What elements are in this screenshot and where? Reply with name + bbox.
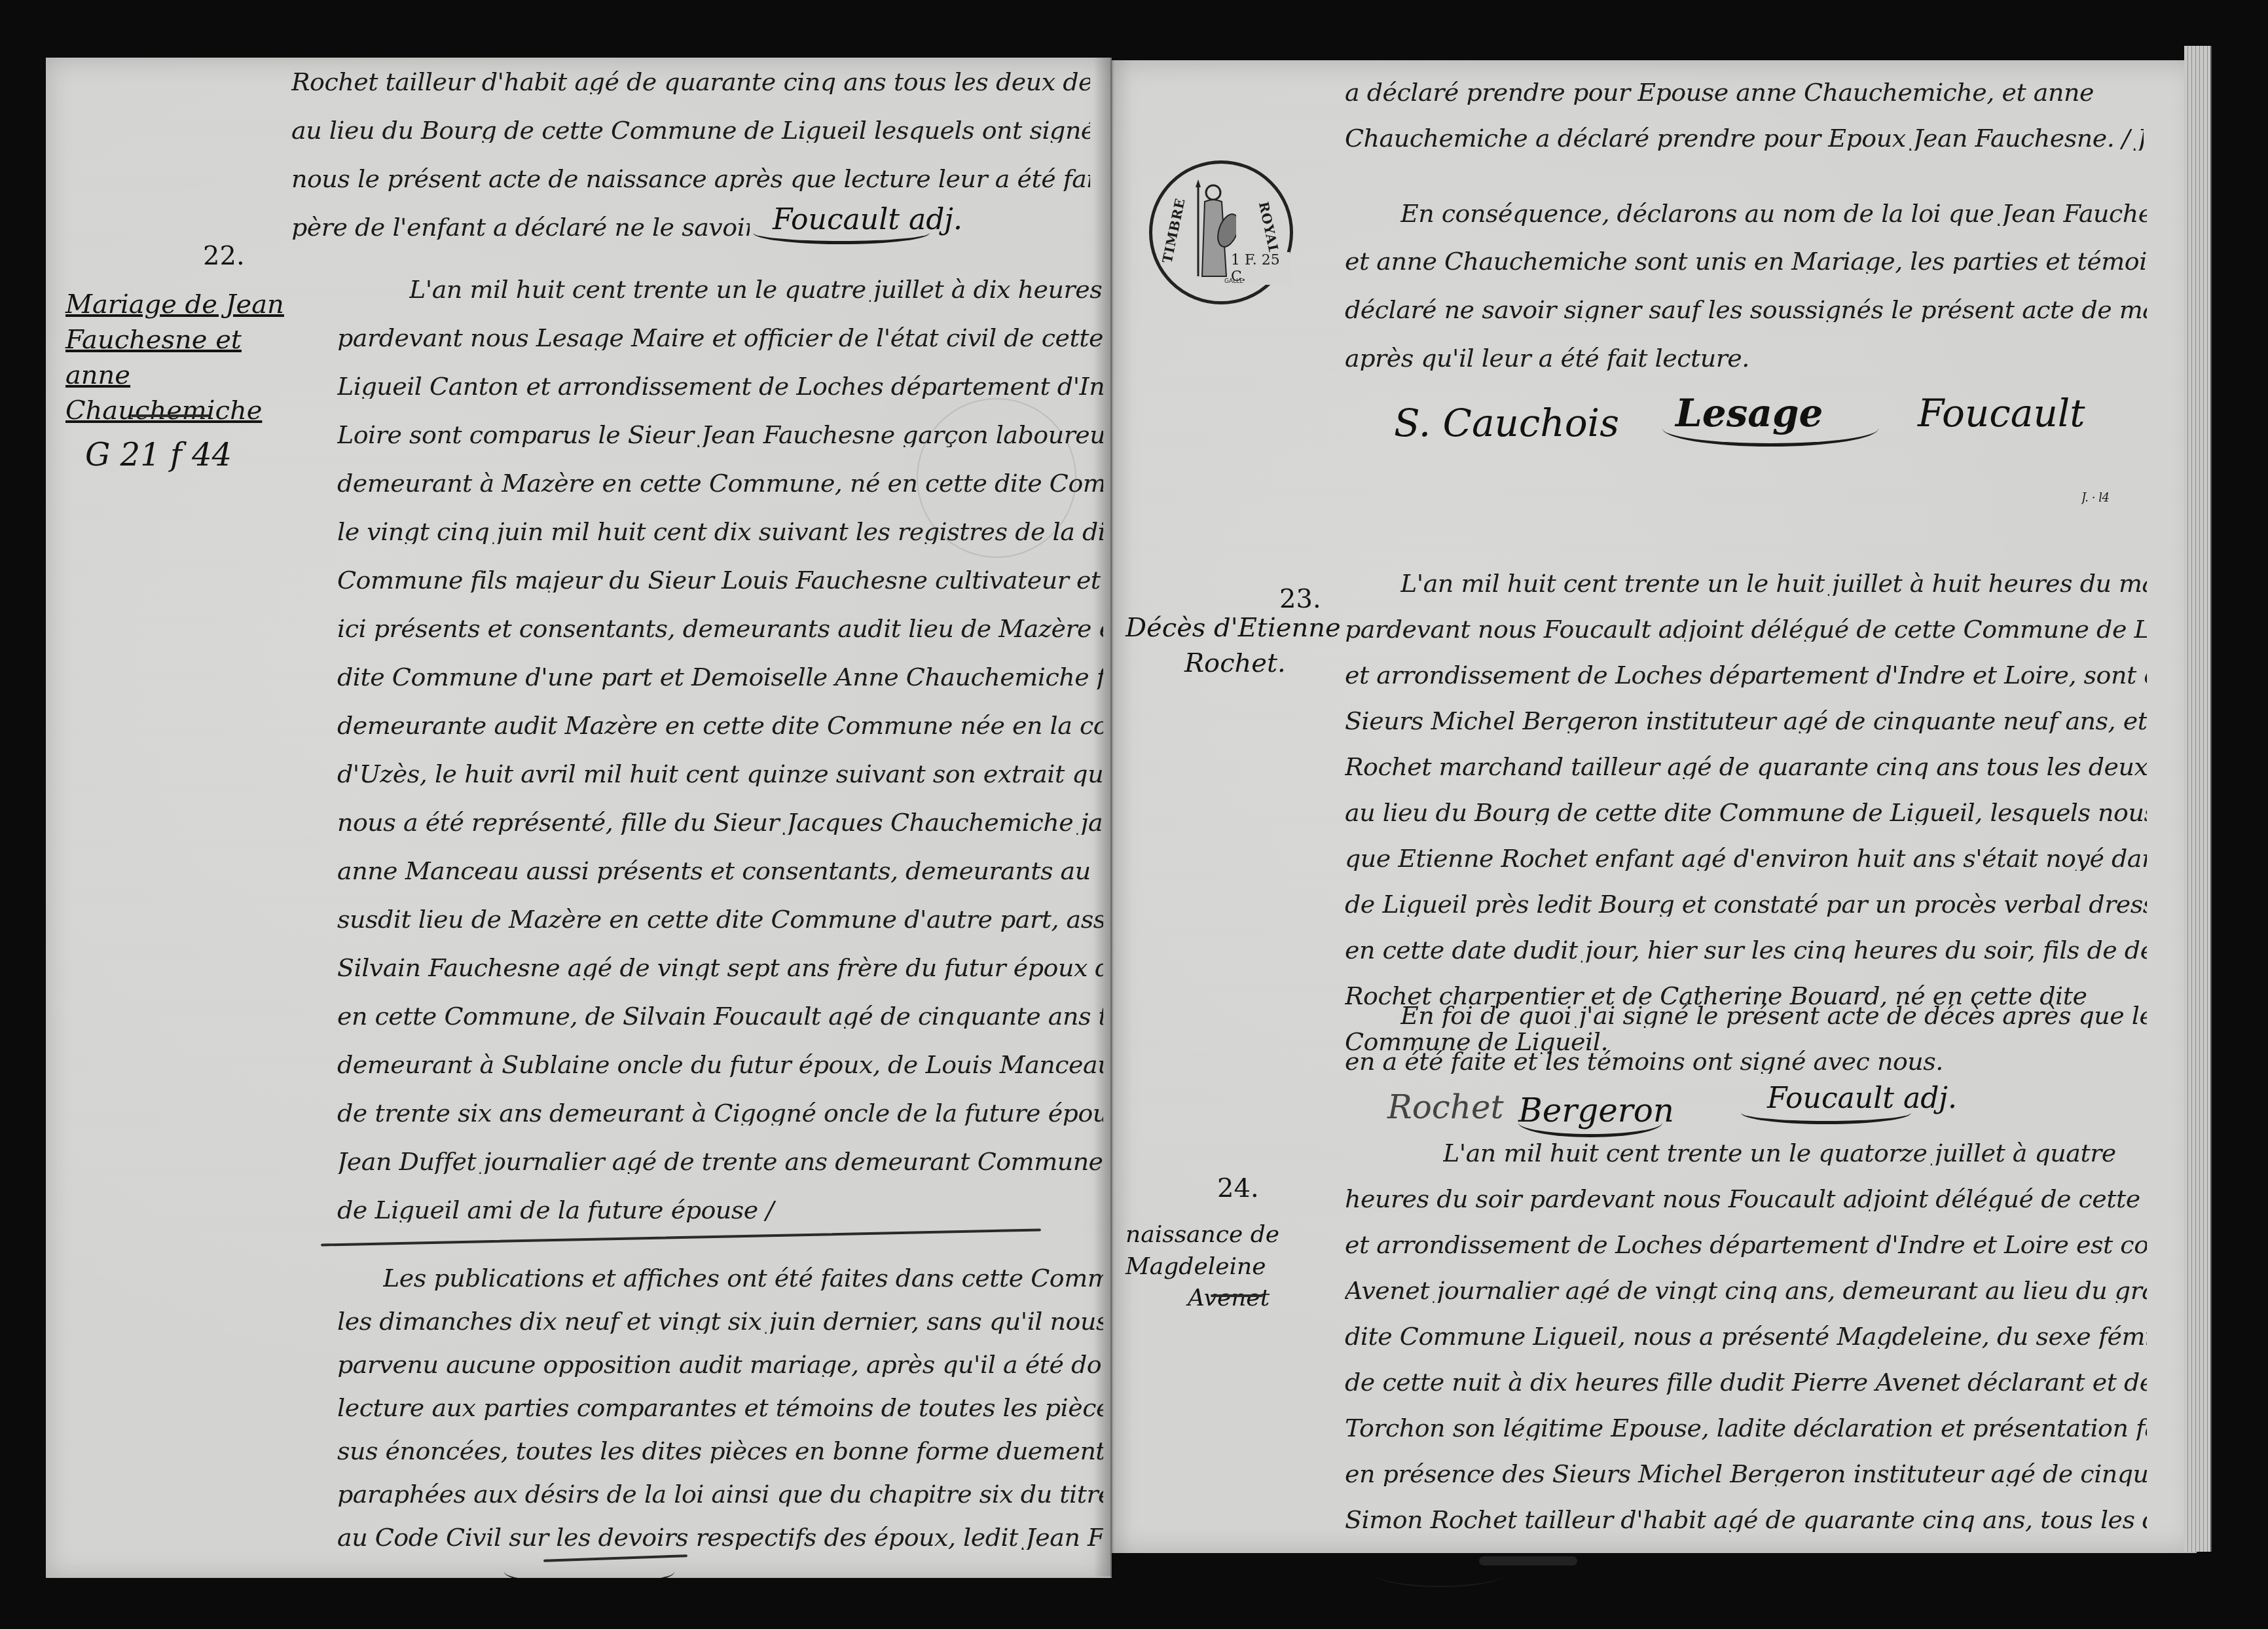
text-line: L'an mil huit cent trente un le quatorze… [1443, 1141, 2147, 1165]
closing-flourish [504, 1557, 674, 1586]
text-line: Rochet tailleur d'habit agé de quarante … [291, 69, 1090, 94]
text-line: ici présents et consentants, demeurants … [337, 616, 1103, 641]
text-line: demeurante audit Mazère en cette dite Co… [337, 713, 1103, 738]
text-line: Jean Duffet journalier agé de trente ans… [337, 1149, 1103, 1174]
margin-title-22: Mariage de Jean Fauchesne et anne Chauch… [65, 287, 314, 428]
text-line: de cette nuit à dix heures fille dudit P… [1345, 1370, 2147, 1395]
text-line: paraphées aux désirs de la loi ainsi que… [337, 1482, 1103, 1507]
signature-cauchois: S. Cauchois [1394, 401, 1619, 445]
text-line: Rochet marchand tailleur agé de quarante… [1345, 754, 2147, 779]
text-line: En conséquence, déclarons au nom de la l… [1400, 201, 2147, 226]
text-line: L'an mil huit cent trente un le huit jui… [1400, 571, 2147, 596]
text-line: et arrondissement de Loches département … [1345, 1232, 2147, 1257]
text-line: au lieu du Bourg de cette dite Commune d… [1345, 800, 2147, 825]
text-line: de trente six ans demeurant à Cigogné on… [337, 1101, 1103, 1126]
text-line: d'Uzès, le huit avril mil huit cent quin… [337, 761, 1103, 786]
text-line: père de l'enfant a déclaré ne le savoir.… [291, 215, 750, 240]
margin-title-line: Mariage de Jean [65, 287, 314, 322]
entry-separator-rule [321, 1228, 1041, 1246]
closing-ink-stroke [1479, 1556, 1577, 1565]
text-line: En foi de quoi j'ai signé le présent act… [1400, 1003, 2147, 1028]
text-line: Simon Rochet tailleur d'habit agé de qua… [1345, 1507, 2147, 1532]
text-line: en a été faite et les témoins ont signé … [1345, 1049, 2147, 1074]
text-line: dite Commune d'une part et Demoiselle An… [337, 665, 1103, 689]
text-line: en présence des Sieurs Michel Bergeron i… [1345, 1461, 2147, 1486]
signature-flourish [1741, 1101, 1911, 1124]
margin-title-line: Rochet. [1125, 646, 1361, 681]
signature-foucault: Foucault [1918, 391, 2085, 435]
text-line: pardevant nous Lesage Maire et officier … [337, 325, 1103, 350]
text-line: Silvain Fauchesne agé de vingt sept ans … [337, 955, 1103, 980]
text-line: L'an mil huit cent trente un le quatre j… [409, 277, 1103, 302]
left-page: Rochet tailleur d'habit agé de quarante … [46, 58, 1112, 1578]
margin-rule [1211, 1294, 1263, 1297]
text-line: a déclaré prendre pour Epouse anne Chauc… [1345, 80, 2144, 105]
text-line: demeurant à Sublaine oncle du futur épou… [337, 1052, 1103, 1077]
text-line: de Ligueil ami de la future épouse / [337, 1198, 1103, 1222]
text-line: Sieurs Michel Bergeron instituteur agé d… [1345, 708, 2147, 733]
text-line: Avenet journalier agé de vingt cinq ans,… [1345, 1278, 2147, 1303]
text-line: Ligueil Canton et arrondissement de Loch… [337, 374, 1103, 399]
signature-flourish [1662, 411, 1878, 447]
text-line: et arrondissement de Loches département … [1345, 663, 2147, 687]
text-line: Chauchemiche a déclaré prendre pour Epou… [1345, 126, 2144, 151]
text-line: pardevant nous Foucault adjoint délégué … [1345, 617, 2147, 642]
signature-rochet: Rochet [1387, 1088, 1504, 1126]
entry-number-22: 22. [203, 241, 245, 271]
stamp-engraver: GALLE [1224, 278, 1243, 285]
text-line: parvenu aucune opposition audit mariage,… [337, 1352, 1103, 1377]
text-line: lecture aux parties comparantes et témoi… [337, 1395, 1103, 1420]
text-line: dite Commune Ligueil, nous a présenté Ma… [1345, 1324, 2147, 1349]
text-line: au Code Civil sur les devoirs respectifs… [337, 1525, 1103, 1550]
text-line: en cette date dudit jour, hier sur les c… [1345, 938, 2147, 962]
text-line: Torchon son légitime Epouse, ladite décl… [1345, 1416, 2147, 1440]
text-line: que Etienne Rochet enfant agé d'environ … [1345, 846, 2147, 871]
text-line: nous le présent acte de naissance après … [291, 166, 1090, 191]
text-line: sus énoncées, toutes les dites pièces en… [337, 1438, 1103, 1463]
margin-reference: G 21 f 44 [85, 434, 232, 477]
text-line: et anne Chauchemiche sont unis en Mariag… [1345, 249, 2147, 274]
text-line: en cette Commune, de Silvain Foucault ag… [337, 1004, 1103, 1029]
text-line: déclaré ne savoir signer sauf les soussi… [1345, 297, 2147, 322]
signature-flourish [753, 221, 930, 244]
text-line: après qu'il leur a été fait lecture. [1345, 346, 1803, 371]
text-line: nous a été représenté, fille du Sieur Ja… [337, 810, 1103, 835]
timbre-royal-stamp: TIMBRE ROYAL. 1 F. 25 C. GALLE [1149, 160, 1293, 304]
seal-bleedthrough [917, 398, 1076, 558]
margin-rule [131, 414, 210, 417]
stamp-text-left: TIMBRE [1159, 196, 1188, 265]
text-line: de Ligueil près ledit Bourg et constaté … [1345, 892, 2147, 917]
margin-title-line: Avenet [1125, 1283, 1374, 1315]
margin-title-23: Décès d'Etienne Rochet. [1125, 610, 1361, 681]
margin-title-line: Chauchemiche [65, 393, 314, 428]
margin-title-line: naissance de Magdeleine [1125, 1219, 1374, 1283]
book-page-edges [2184, 46, 2212, 1552]
text-line: au lieu du Bourg de cette Commune de Lig… [291, 118, 1090, 143]
text-line: anne Manceau aussi présents et consentan… [337, 858, 1103, 883]
text-line: heures du soir pardevant nous Foucault a… [1345, 1186, 2147, 1211]
margin-title-line: Décès d'Etienne [1125, 610, 1361, 646]
margin-title-line: Fauchesne et anne [65, 322, 314, 393]
entry-number-24: 24. [1217, 1173, 1259, 1203]
text-line: susdit lieu de Mazère en cette dite Comm… [337, 907, 1103, 932]
marginal-mark: J. · l4 [2081, 492, 2109, 504]
text-line: Les publications et affiches ont été fai… [383, 1266, 1103, 1290]
text-line: Commune fils majeur du Sieur Louis Fauch… [337, 568, 1103, 593]
margin-title-24: naissance de Magdeleine Avenet [1125, 1219, 1374, 1315]
text-line: les dimanches dix neuf et vingt six juin… [337, 1309, 1103, 1334]
signature-flourish [1518, 1108, 1662, 1137]
